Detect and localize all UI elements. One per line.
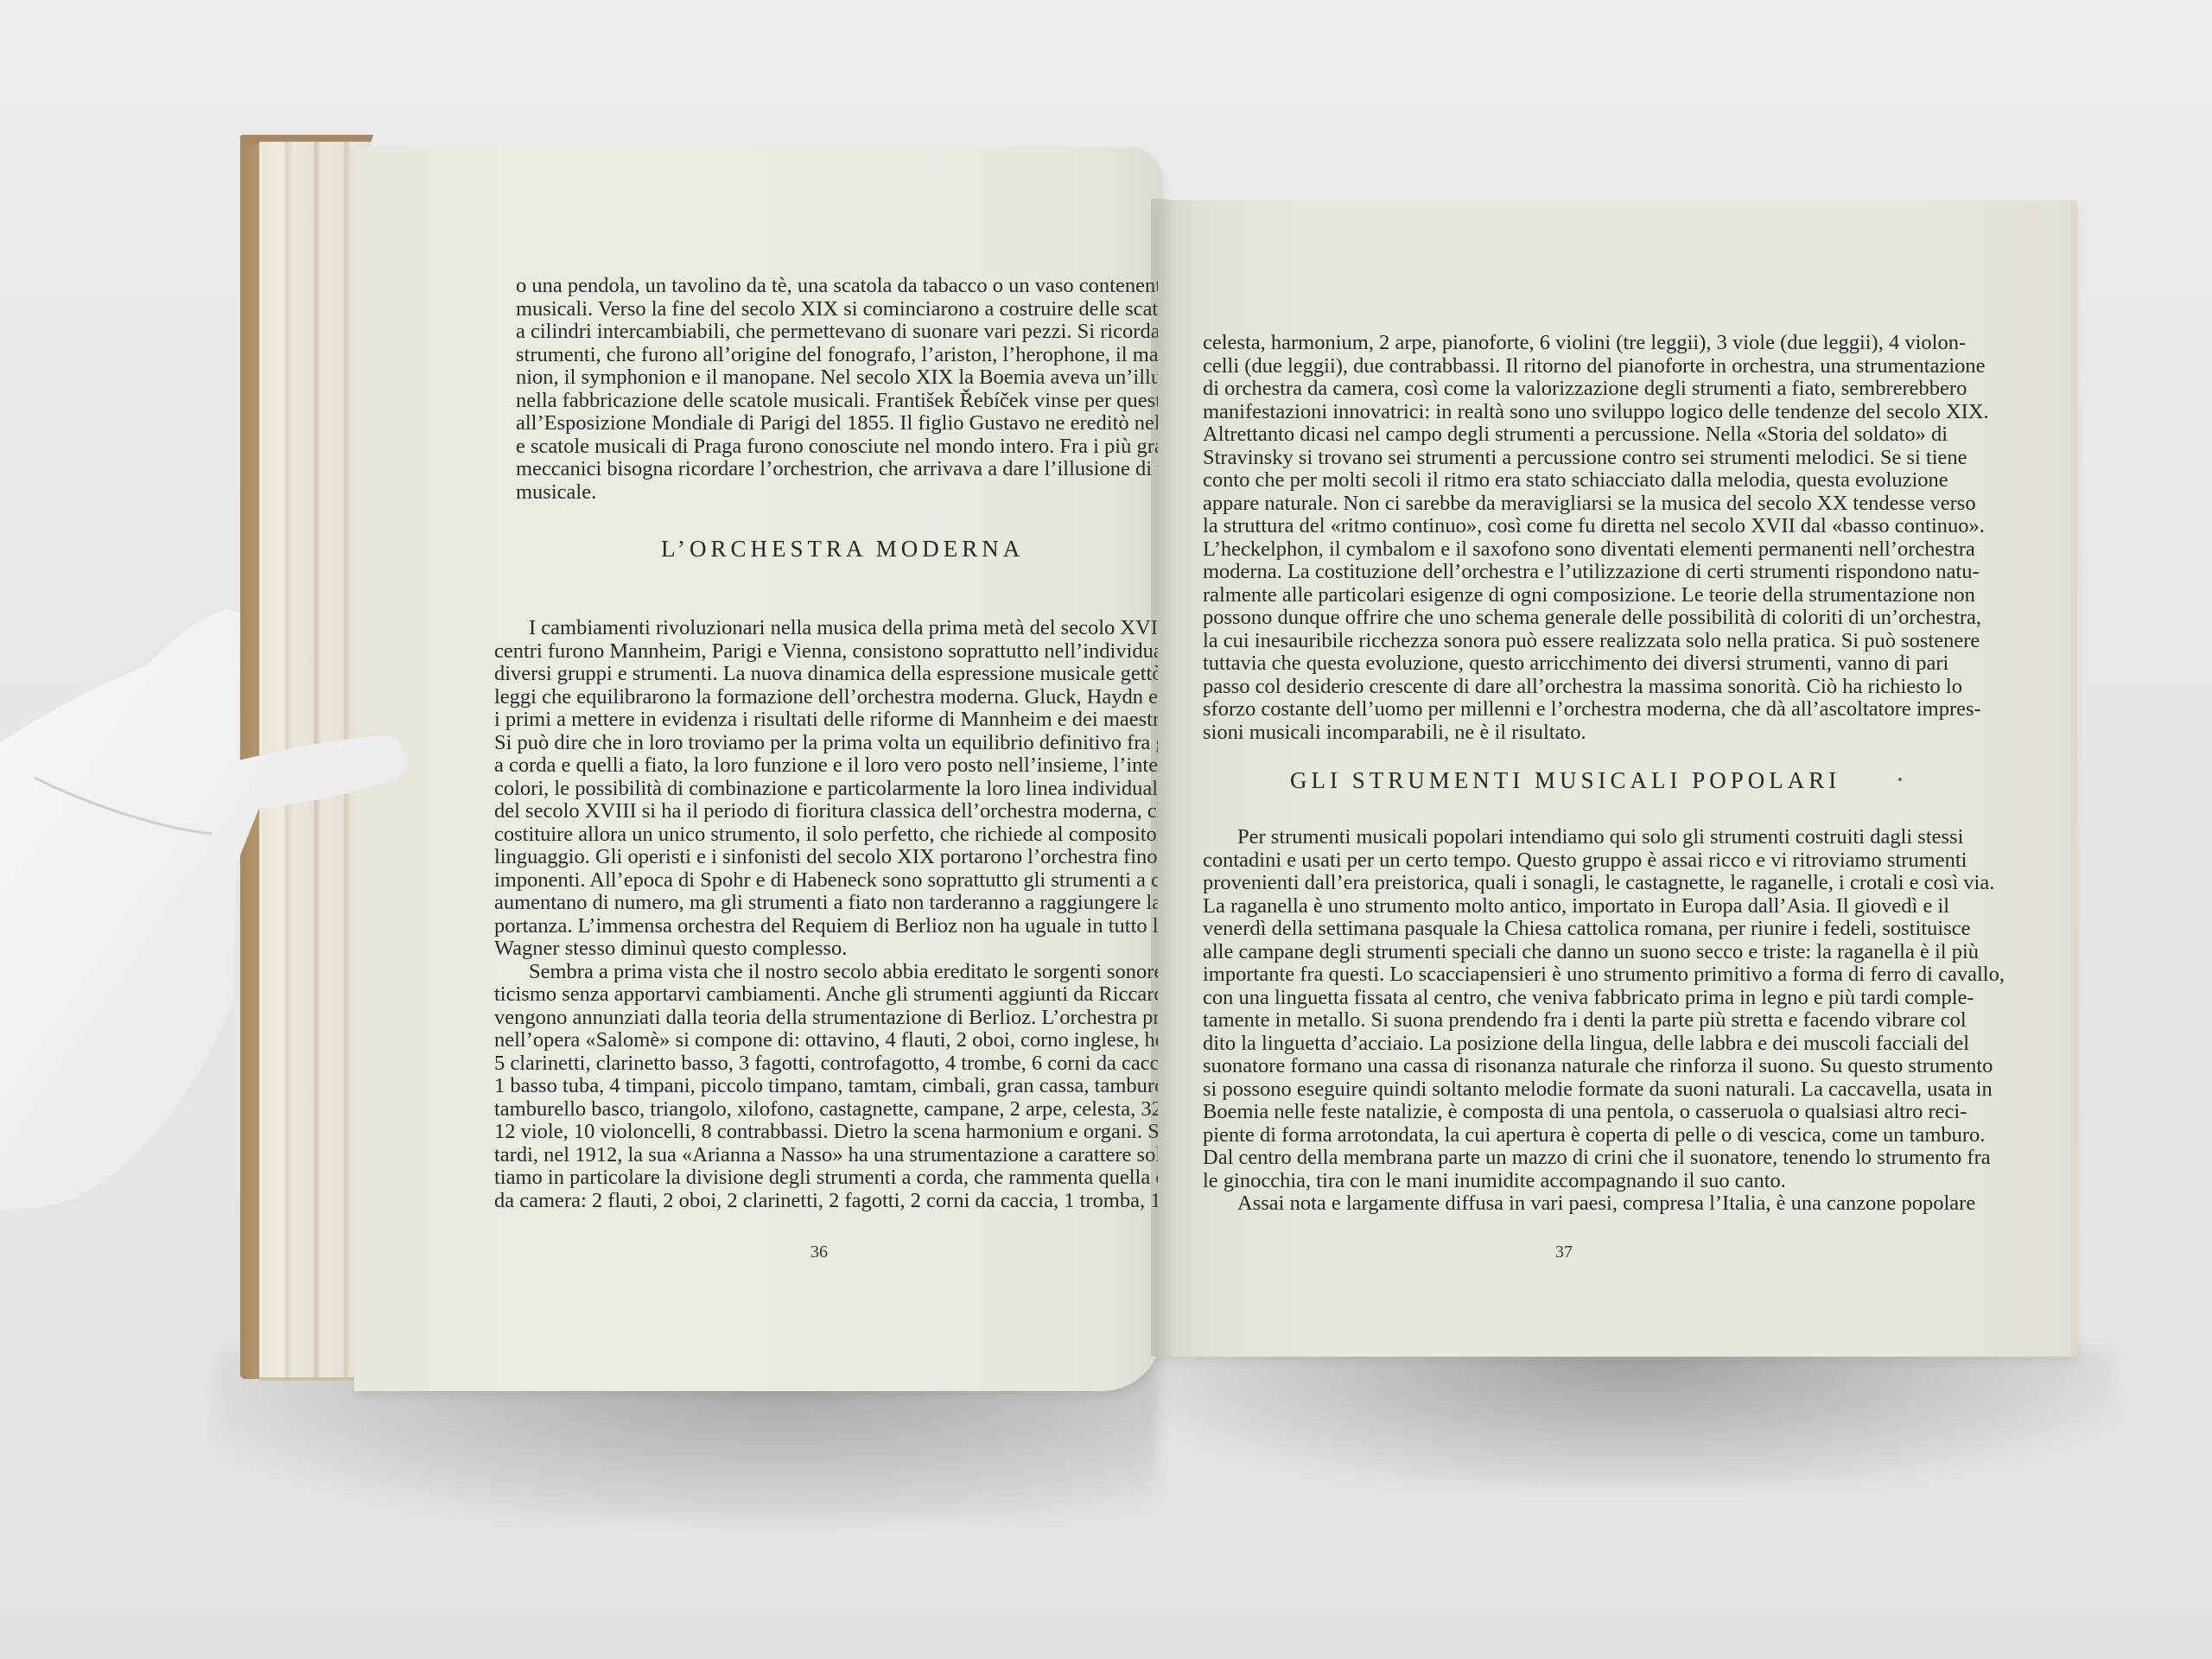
text-line: suonatore formano una cassa di risonanza… [1203,1055,1908,1078]
left-page[interactable]: o una pendola, un tavolino da tè, una sc… [354,147,1162,1391]
text-line: con una linguetta fissata al centro, che… [1203,987,1908,1010]
text-line: tamente in metallo. Si suona prendendo f… [1203,1009,1908,1033]
text-line: I cambiamenti rivoluzionari nella musica… [494,617,1160,640]
text-line: ralmente alle particolari esigenze di og… [1203,584,1908,607]
text-line: del secolo XVIII si ha il periodo di fio… [494,800,1160,823]
right-continued-paragraph: celesta, harmonium, 2 arpe, pianoforte, … [1203,332,1908,744]
text-line: aumentano di numero, ma gli strumenti a … [494,892,1160,915]
left-body-text: I cambiamenti rivoluzionari nella musica… [494,617,1160,1212]
paragraph: Assai nota e largamente diffusa in vari … [1203,1192,1908,1216]
text-line: Si può dire che in loro troviamo per la … [494,732,1160,755]
text-line: manifestazioni innovatrici: in realtà so… [1203,401,1908,424]
glove-thumb-crease [35,778,212,834]
text-line: costituire allora un unico strumento, il… [494,823,1160,847]
right-body-text: Per strumenti musicali popolari intendia… [1203,826,1908,1216]
text-line: Altrettanto dicasi nel campo degli strum… [1203,423,1908,447]
text-line: nell’opera «Salomè» si compone di: ottav… [494,1029,1160,1052]
book-gutter-shadow [1151,199,1177,1357]
paragraph: I cambiamenti rivoluzionari nella musica… [494,617,1160,961]
text-line: a cilindri intercambiabili, che permette… [516,321,1160,344]
text-line: nion, il symphonion e il manopane. Nel s… [516,366,1160,390]
text-line: all’Esposizione Mondiale di Parigi del 1… [516,412,1160,435]
text-line: le ginocchia, tira con le mani inumidite… [1203,1170,1908,1193]
text-line: centri furono Mannheim, Parigi e Vienna,… [494,640,1160,664]
right-page[interactable]: celesta, harmonium, 2 arpe, pianoforte, … [1158,200,2075,1357]
ink-speck [1898,778,1902,781]
text-line: dito la linguetta d’acciaio. La posizion… [1203,1033,1908,1056]
text-line: Per strumenti musicali popolari intendia… [1203,826,1908,849]
text-line: celesta, harmonium, 2 arpe, pianoforte, … [1203,332,1908,355]
page-number-right: 37 [1555,1243,1573,1262]
text-line: leggi che equilibrarono la formazione de… [494,686,1160,709]
text-line: a corda e quelli a fiato, la loro funzio… [494,754,1160,778]
text-line: da camera: 2 flauti, 2 oboi, 2 clarinett… [494,1190,1160,1213]
left-continued-paragraph: o una pendola, un tavolino da tè, una sc… [516,275,1160,504]
text-line: la struttura del «ritmo continuo», così … [1203,515,1908,538]
text-line: strumenti, che furono all’origine del fo… [516,344,1160,367]
text-line: provenienti dall’era preistorica, quali … [1203,872,1908,895]
text-line: alle campane degli strumenti speciali ch… [1203,941,1908,964]
text-line: linguaggio. Gli operisti e i sinfonisti … [494,846,1160,869]
text-line: conto che per molti secoli il ritmo era … [1203,469,1908,493]
text-line: la cui inesauribile ricchezza sonora può… [1203,630,1908,653]
paragraph: Sembra a prima vista che il nostro secol… [494,961,1160,1213]
text-line: passo col desiderio crescente di dare al… [1203,676,1908,699]
text-line: appare naturale. Non ci sarebbe da merav… [1203,493,1908,516]
text-line: Boemia nelle feste natalizie, è composta… [1203,1101,1908,1124]
text-line: colori, le possibilità di combinazione e… [494,778,1160,801]
text-line: celli (due leggii), due contrabbassi. Il… [1203,355,1908,378]
text-line: Stravinsky si trovano sei strumenti a pe… [1203,447,1908,470]
text-line: di orchestra da camera, così come la val… [1203,378,1908,401]
text-line: tardi, nel 1912, la sua «Arianna a Nasso… [494,1144,1160,1167]
book-shadow-right [1149,1348,2117,1486]
text-line: imponenti. All’epoca di Spohr e di Haben… [494,869,1160,893]
text-line: meccanici bisogna ricordare l’orchestrio… [516,458,1160,481]
text-line: sioni musicali incomparabili, ne è il ri… [1203,721,1908,745]
text-line: possono dunque offrire che uno schema ge… [1203,607,1908,630]
text-line: Sembra a prima vista che il nostro secol… [494,961,1160,984]
text-line: 5 clarinetti, clarinetto basso, 3 fagott… [494,1052,1160,1076]
text-line: vengono annunziati dalla teoria della st… [494,1007,1160,1030]
text-line: 12 viole, 10 violoncelli, 8 contrabbassi… [494,1121,1160,1144]
text-line: moderna. La costituzione dell’orchestra … [1203,561,1908,584]
text-line: importante fra questi. Lo scacciapensier… [1203,963,1908,987]
text-line: venerdì della settimana pasquale la Chie… [1203,918,1908,941]
text-line: diversi gruppi e strumenti. La nuova din… [494,663,1160,686]
paragraph: Per strumenti musicali popolari intendia… [1203,826,1908,1192]
text-line: o una pendola, un tavolino da tè, una sc… [516,275,1160,298]
text-line: L’heckelphon, il cymbalom e il saxofono … [1203,538,1908,562]
text-line: tiamo in particolare la divisione degli … [494,1166,1160,1190]
text-line: Wagner stesso diminuì questo complesso. [494,938,1160,961]
text-line: La raganella è uno strumento molto antic… [1203,895,1908,918]
text-line: portanza. L’immensa orchestra del Requie… [494,915,1160,938]
section-heading-strumenti-popolari: GLI STRUMENTI MUSICALI POPOLARI [1290,767,1895,794]
text-line: Assai nota e largamente diffusa in vari … [1203,1192,1908,1216]
section-heading-orchestra-moderna: L’ORCHESTRA MODERNA [661,536,1050,563]
text-line: e scatole musicali di Praga furono conos… [516,435,1160,459]
text-line: Dal centro della membrana parte un mazzo… [1203,1147,1908,1170]
page-number-left: 36 [810,1243,828,1262]
text-line: sforzo costante dell’uomo per millenni e… [1203,698,1908,721]
text-line: contadini e usati per un certo tempo. Qu… [1203,849,1908,873]
text-line: nella fabbricazione delle scatole musica… [516,390,1160,413]
text-line: si possono eseguire quindi soltanto melo… [1203,1078,1908,1102]
text-line: i primi a mettere in evidenza i risultat… [494,709,1160,732]
text-line: musicali. Verso la fine del secolo XIX s… [516,298,1160,321]
text-line: tamburello basco, triangolo, xilofono, c… [494,1098,1160,1122]
text-line: tuttavia che questa evoluzione, questo a… [1203,652,1908,676]
text-line: musicale. [516,481,1160,505]
right-page-edge [2070,200,2077,1357]
text-line: ticismo senza apportarvi cambiamenti. An… [494,983,1160,1007]
text-line: piente di forma arrotondata, la cui aper… [1203,1124,1908,1147]
photo-scene: o una pendola, un tavolino da tè, una sc… [0,0,2212,1659]
text-line: 1 basso tuba, 4 timpani, piccolo timpano… [494,1075,1160,1098]
